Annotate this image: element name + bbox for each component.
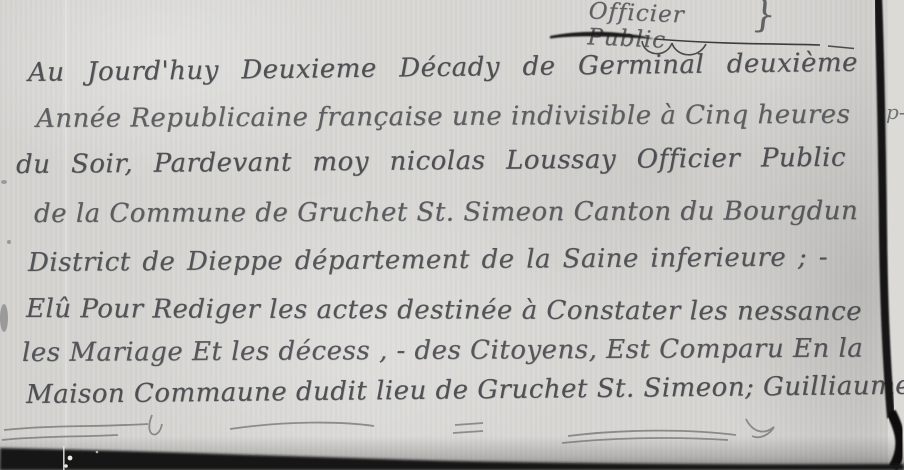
scan-bottom-shadow [0,436,904,470]
manuscript-line: Elû Pour Rediger les actes destinée à Co… [26,294,862,327]
margin-smudges [0,180,11,332]
flourish-left-1 [4,424,148,430]
flourish-loop [149,415,162,435]
smudge [7,240,11,244]
scanned-manuscript-page: Officier Public } Au Jourd'huy Deuxieme … [0,0,904,470]
flourish-mid [230,423,374,429]
manuscript-line: de la Commune de Gruchet St. Simeon Cant… [34,196,858,229]
smudge [1,180,7,184]
manuscript-line: Année Republicaine française une indivis… [36,100,842,134]
marginalia-brace: } [750,0,779,37]
smudge [0,304,8,332]
manuscript-line: District de Dieppe département de la Sai… [28,242,828,278]
flourish-equals [453,423,483,433]
manuscript-line: du Soir, Pardevant moy nicolas Loussay O… [16,143,846,180]
next-page-text-fragment: p- [886,100,904,124]
manuscript-line: Au Jourd'huy Deuxieme Décady de Germinal… [28,48,858,88]
manuscript-line: Maison Commaune dudit lieu de Gruchet St… [26,371,868,410]
flourish-tail [746,419,774,437]
manuscript-line: les Mariage Et les décess , - des Citoye… [22,334,862,368]
